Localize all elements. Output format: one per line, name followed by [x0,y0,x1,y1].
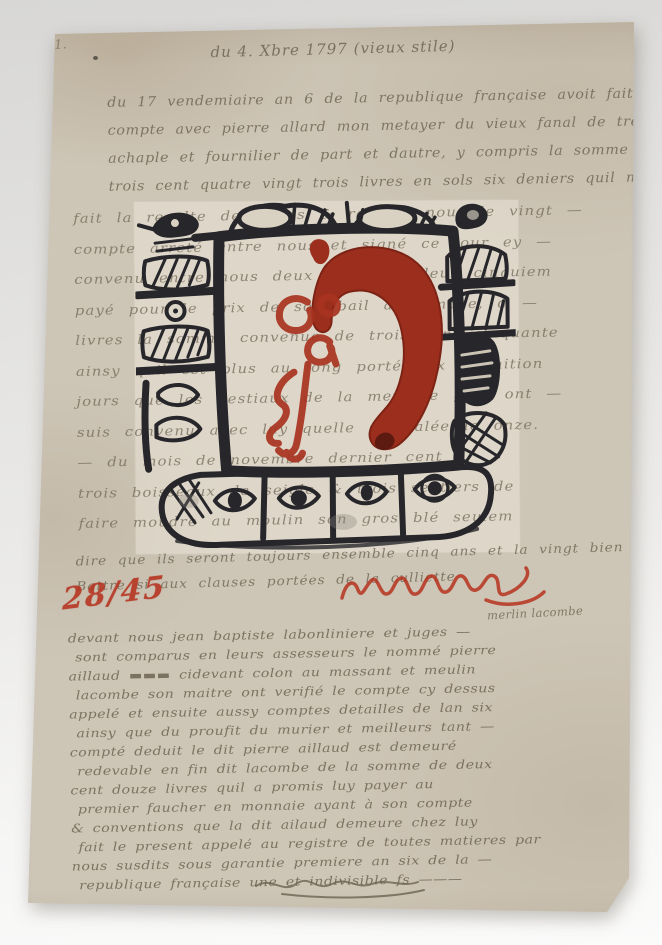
woodcut-print [135,199,517,552]
page-number: 21. [46,37,68,53]
artist-signature-red [336,564,551,612]
paragraph-bottom: devant nous jean baptiste labonliniere e… [68,625,471,898]
closing-signature-scrawl [252,874,437,900]
ink-speck [93,56,98,60]
heading-date-line: du 4. Xbre 1797 (vieux stile) [168,36,498,63]
paragraph-top: du 17 vendemiaire an 6 de la republique … [107,85,657,207]
manuscript-page: 21. du 4. Xbre 1797 (vieux stile) du 17 … [0,0,662,945]
red-figure [268,238,443,459]
manuscript-page-wrap: 21. du 4. Xbre 1797 (vieux stile) du 17 … [0,0,662,945]
